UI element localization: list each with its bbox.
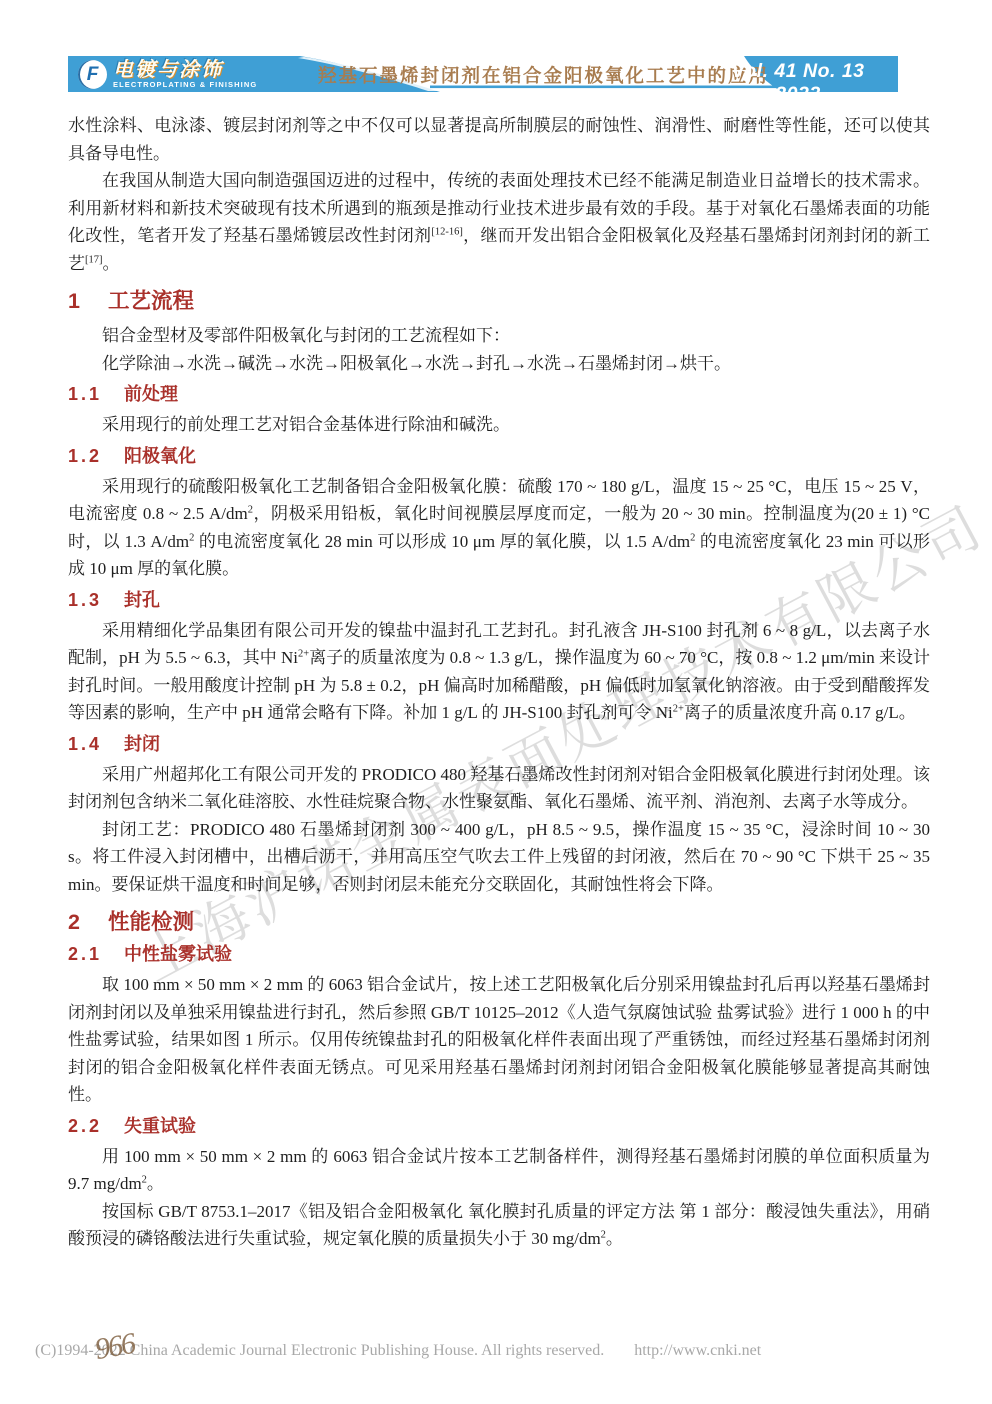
section-1-1-paragraph: 采用现行的前处理工艺对铝合金基体进行除油和碱洗。	[68, 411, 930, 439]
section-title: 性能检测	[108, 910, 194, 934]
issue-info: Vol. 41 No. 13 2022	[708, 60, 888, 106]
text-run: 。	[606, 1229, 623, 1248]
journal-name: 电镀与涂饰 ELECTROPLATING & FINISHING	[113, 60, 257, 89]
section-2-1-heading: 2.1中性盐雾试验	[68, 943, 930, 966]
section-number: 2.1	[68, 944, 102, 964]
section-number: 1.3	[68, 590, 102, 610]
text-run: 的电流密度氧化 28 min 可以形成 10 μm 厚的氧化膜，以 1.5 A/…	[194, 532, 690, 551]
intro-paragraph-2: 在我国从制造大国向制造强国迈进的过程中，传统的表面处理技术已经不能满足制造业日益…	[68, 167, 930, 277]
section-title: 中性盐雾试验	[124, 944, 232, 964]
section-title: 阳极氧化	[124, 446, 196, 466]
journal-logo-icon: F	[78, 60, 107, 89]
journal-name-en: ELECTROPLATING & FINISHING	[113, 80, 257, 89]
section-2-1-paragraph: 取 100 mm × 50 mm × 2 mm 的 6063 铝合金试片，按上述…	[68, 971, 930, 1109]
logo-monogram: F	[87, 65, 99, 84]
section-1-1-heading: 1.1前处理	[68, 383, 930, 406]
page-footer: (C)1994-2022 China Academic Journal Elec…	[35, 1342, 965, 1360]
section-number: 1.2	[68, 446, 102, 466]
section-2-heading: 2性能检测	[68, 908, 930, 936]
text-run: 。	[147, 1174, 164, 1193]
section-title: 前处理	[124, 384, 178, 404]
superscript: 2+	[673, 703, 684, 714]
journal-logo: F 电镀与涂饰 ELECTROPLATING & FINISHING	[78, 57, 257, 91]
page: F 电镀与涂饰 ELECTROPLATING & FINISHING 羟基石墨烯…	[0, 0, 992, 1404]
text-run: 用 100 mm × 50 mm × 2 mm 的 6063 铝合金试片按本工艺…	[68, 1147, 930, 1194]
running-head-article-title: 羟基石墨烯封闭剂在铝合金阳极氧化工艺中的应用	[318, 62, 718, 88]
section-title: 失重试验	[124, 1116, 196, 1136]
text-run: 离子的质量浓度升高 0.17 g/L。	[684, 703, 916, 722]
text-run: 。	[103, 254, 120, 273]
section-title: 封孔	[124, 590, 160, 610]
section-2-2-heading: 2.2失重试验	[68, 1115, 930, 1138]
section-number: 1	[68, 289, 82, 313]
journal-header: F 电镀与涂饰 ELECTROPLATING & FINISHING 羟基石墨烯…	[68, 56, 898, 92]
section-2-2-paragraph-2: 按国标 GB/T 8753.1–2017《铝及铝合金阳极氧化 氧化膜封孔质量的评…	[68, 1198, 930, 1253]
handwritten-mark: 966	[92, 1327, 136, 1367]
superscript: 2+	[298, 648, 309, 659]
citation-ref: [17]	[85, 254, 103, 265]
section-1-2-paragraph: 采用现行的硫酸阳极氧化工艺制备铝合金阳极氧化膜：硫酸 170 ~ 180 g/L…	[68, 473, 930, 583]
section-number: 1.1	[68, 384, 102, 404]
section-title: 工艺流程	[108, 289, 194, 313]
intro-paragraph-1: 水性涂料、电泳漆、镀层封闭剂等之中不仅可以显著提高所制膜层的耐蚀性、润滑性、耐磨…	[68, 112, 930, 167]
cnki-url: http://www.cnki.net	[634, 1342, 761, 1359]
section-1-4-paragraph-2: 封闭工艺：PRODICO 480 石墨烯封闭剂 300 ~ 400 g/L，pH…	[68, 816, 930, 899]
section-1-3-paragraph: 采用精细化学品集团有限公司开发的镍盐中温封孔工艺封孔。封孔液含 JH-S100 …	[68, 617, 930, 727]
text-run: 按国标 GB/T 8753.1–2017《铝及铝合金阳极氧化 氧化膜封孔质量的评…	[68, 1202, 930, 1249]
citation-ref: [12-16]	[431, 226, 463, 237]
section-number: 2.2	[68, 1116, 102, 1136]
section-1-3-heading: 1.3封孔	[68, 589, 930, 612]
process-flow-line: 化学除油→水洗→碱洗→水洗→阳极氧化→水洗→封孔→水洗→石墨烯封闭→烘干。	[68, 350, 930, 378]
section-2-2-paragraph-1: 用 100 mm × 50 mm × 2 mm 的 6063 铝合金试片按本工艺…	[68, 1143, 930, 1198]
section-number: 2	[68, 910, 82, 934]
section-1-paragraph-1: 铝合金型材及零部件阳极氧化与封闭的工艺流程如下：	[68, 322, 930, 350]
section-title: 封闭	[124, 734, 160, 754]
section-1-heading: 1工艺流程	[68, 287, 930, 315]
article-body: 水性涂料、电泳漆、镀层封闭剂等之中不仅可以显著提高所制膜层的耐蚀性、润滑性、耐磨…	[68, 112, 930, 1253]
section-1-2-heading: 1.2阳极氧化	[68, 445, 930, 468]
section-1-4-heading: 1.4封闭	[68, 733, 930, 756]
section-number: 1.4	[68, 734, 102, 754]
journal-name-zh: 电镀与涂饰	[113, 60, 257, 80]
section-1-4-paragraph-1: 采用广州超邦化工有限公司开发的 PRODICO 480 羟基石墨烯改性封闭剂对铝…	[68, 761, 930, 816]
